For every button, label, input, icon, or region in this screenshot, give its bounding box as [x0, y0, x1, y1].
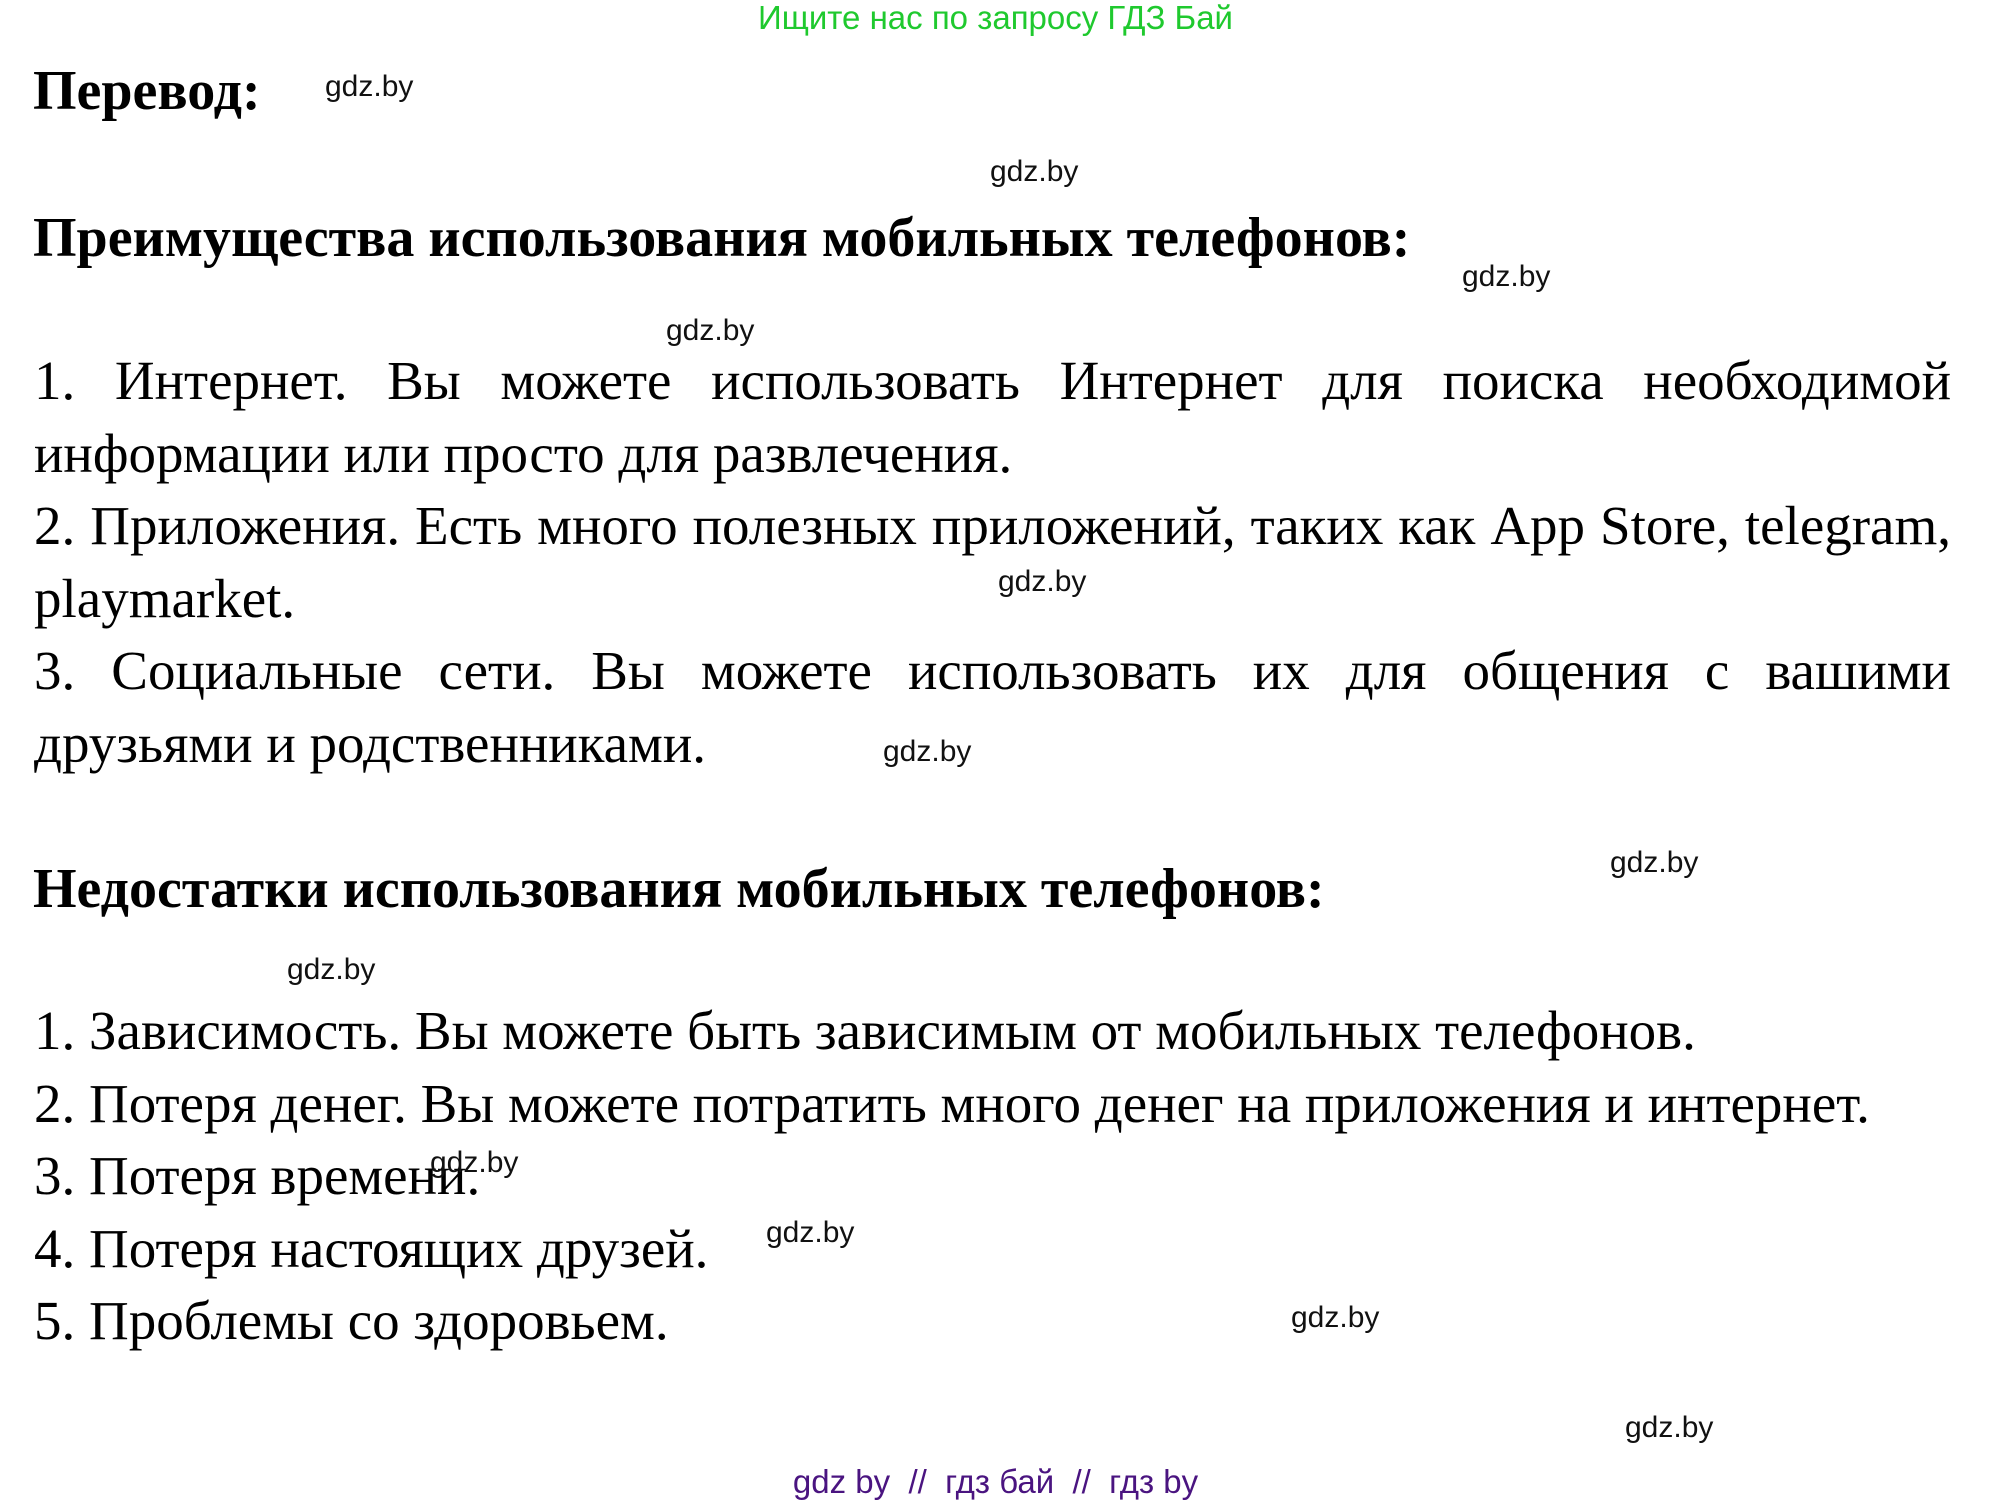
list-item: 1. Зависимость. Вы можете быть зависимым… [34, 995, 1951, 1068]
list-item: 4. Потеря настоящих друзей. [34, 1213, 1951, 1286]
watermark: gdz.by [990, 155, 1078, 189]
footer-links: gdz by // гдз бай // гдз by [0, 1462, 1991, 1502]
list-item: 3. Потеря времени. [34, 1140, 1951, 1213]
watermark: gdz.by [766, 1216, 854, 1250]
disadvantages-list: 1. Зависимость. Вы можете быть зависимым… [34, 995, 1951, 1358]
watermark: gdz.by [1625, 1411, 1713, 1445]
page-title: Перевод: [33, 55, 261, 127]
advantages-heading: Преимущества использования мобильных тел… [33, 202, 1410, 274]
watermark: gdz.by [1610, 846, 1698, 880]
search-hint-banner: Ищите нас по запросу ГДЗ Бай [0, 0, 1991, 38]
advantages-list: 1. Интернет. Вы можете использовать Инте… [34, 345, 1951, 780]
watermark: gdz.by [325, 70, 413, 104]
watermark: gdz.by [998, 565, 1086, 599]
watermark: gdz.by [287, 953, 375, 987]
list-item: 2. Потеря денег. Вы можете потратить мно… [34, 1068, 1951, 1141]
list-item: 1. Интернет. Вы можете использовать Инте… [34, 345, 1951, 490]
watermark: gdz.by [666, 314, 754, 348]
watermark: gdz.by [1291, 1301, 1379, 1335]
watermark: gdz.by [430, 1146, 518, 1180]
list-item: 3. Социальные сети. Вы можете использова… [34, 635, 1951, 780]
list-item: 2. Приложения. Есть много полезных прило… [34, 490, 1951, 635]
list-item: 5. Проблемы со здоровьем. [34, 1285, 1951, 1358]
watermark: gdz.by [883, 735, 971, 769]
watermark: gdz.by [1462, 260, 1550, 294]
disadvantages-heading: Недостатки использования мобильных телеф… [33, 853, 1325, 925]
